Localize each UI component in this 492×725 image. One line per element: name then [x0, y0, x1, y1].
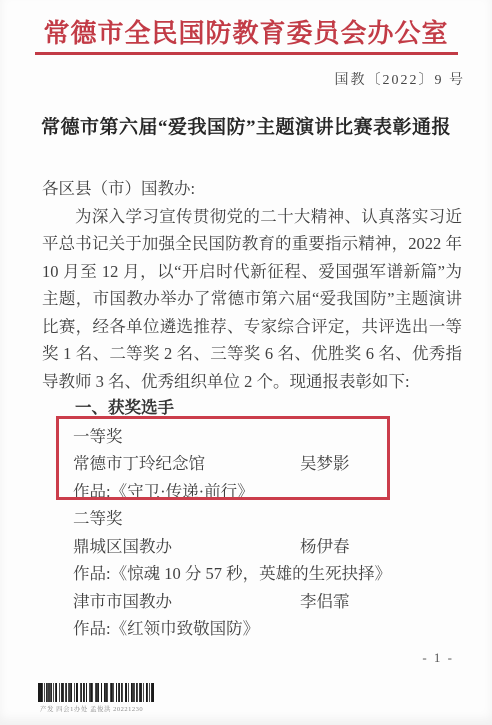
first-prize-label: 一等奖	[42, 423, 462, 451]
letterhead-title: 常德市全民国防教育委员会办公室	[0, 0, 492, 51]
page-number: - 1 -	[422, 650, 454, 666]
award-org: 津市市国教办	[73, 588, 300, 616]
doc-number: 国教〔2022〕9 号	[0, 69, 465, 89]
award-org: 鼎城区国教办	[73, 533, 300, 561]
second-prize-row: 津市市国教办 李侣霏	[42, 588, 462, 616]
award-name: 杨伊春	[300, 533, 350, 561]
award-org: 常德市丁玲纪念馆	[73, 450, 300, 478]
award-name: 李侣霏	[300, 588, 350, 616]
second-prize-row: 鼎城区国教办 杨伊春	[42, 533, 462, 561]
award-work: 作品:《守卫·传递·前行》	[42, 478, 462, 506]
document-page: 常德市全民国防教育委员会办公室 国教〔2022〕9 号 常德市第六届“爱我国防”…	[0, 0, 492, 725]
section-heading-winners: 一、获奖选手	[42, 395, 462, 423]
document-body: 各区县（市）国教办: 为深入学习宣传贯彻党的二十大精神、认真落实习近平总书记关于…	[42, 175, 462, 643]
award-name: 吴梦影	[300, 450, 350, 478]
award-work: 作品:《惊魂 10 分 57 秒，英雄的生死抉择》	[42, 560, 462, 588]
letterhead-underline	[35, 52, 458, 55]
document-title: 常德市第六届“爱我国防”主题演讲比赛表彰通报	[10, 115, 482, 142]
barcode	[38, 683, 154, 702]
barcode-caption: 产发 四会1办处 孟俊洪 20221230	[40, 704, 143, 713]
award-work: 作品:《红领巾致敬国防》	[42, 615, 462, 643]
second-prize-label: 二等奖	[42, 505, 462, 533]
salutation: 各区县（市）国教办:	[42, 175, 462, 203]
body-paragraph: 为深入学习宣传贯彻党的二十大精神、认真落实习近平总书记关于加强全民国防教育的重要…	[42, 203, 462, 396]
first-prize-row: 常德市丁玲纪念馆 吴梦影	[42, 450, 462, 478]
